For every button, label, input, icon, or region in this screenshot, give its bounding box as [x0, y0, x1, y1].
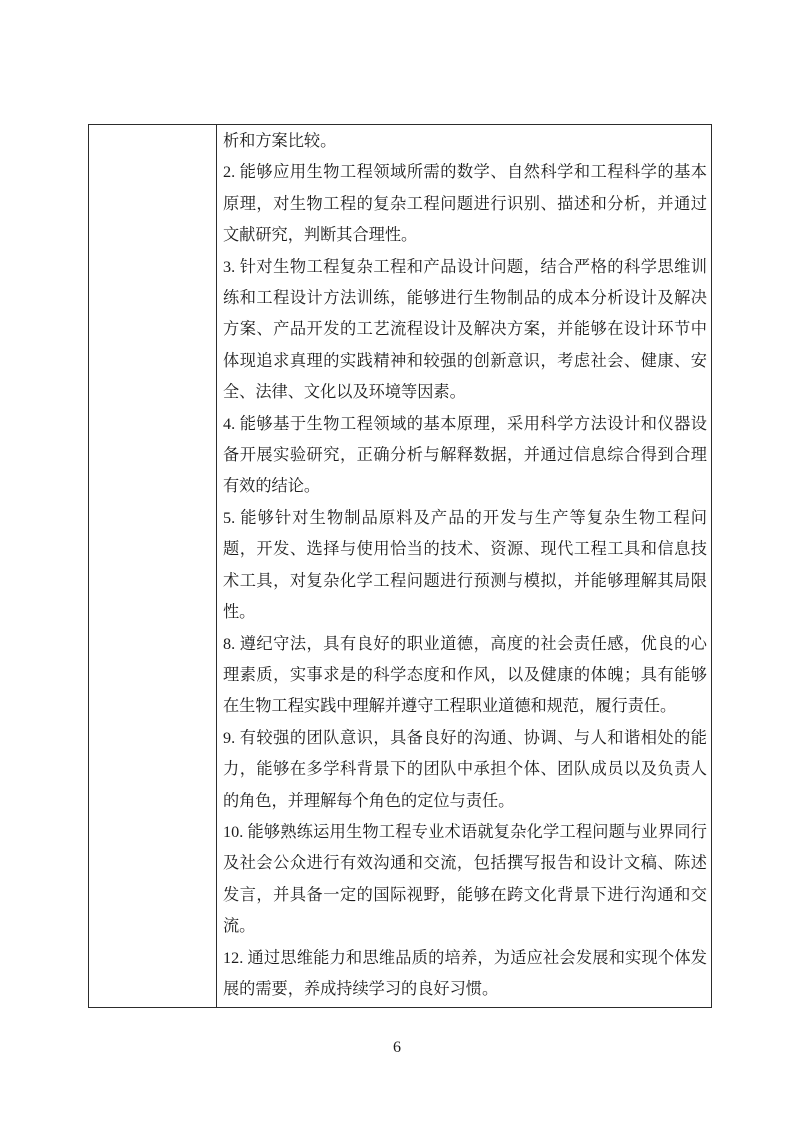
- table-paragraph: 3. 针对生物工程复杂工程和产品设计问题，结合严格的科学思维训练和工程设计方法训…: [223, 252, 707, 409]
- page-number: 6: [0, 1038, 794, 1058]
- table-paragraph: 4. 能够基于生物工程领域的基本原理，采用科学方法设计和仪器设备开展实验研究，正…: [223, 409, 707, 503]
- syllabus-table: 析和方案比较。 2. 能够应用生物工程领域所需的数学、自然科学和工程科学的基本原…: [88, 124, 712, 1008]
- table-paragraph: 8. 遵纪守法，具有良好的职业道德，高度的社会责任感，优良的心理素质，实事求是的…: [223, 629, 707, 723]
- table-cell-content: 析和方案比较。 2. 能够应用生物工程领域所需的数学、自然科学和工程科学的基本原…: [217, 125, 711, 1007]
- table-cell-label-empty: [89, 125, 217, 1007]
- table-paragraph: 5. 能够针对生物制品原料及产品的开发与生产等复杂生物工程问题，开发、选择与使用…: [223, 503, 707, 629]
- table-paragraph: 9. 有较强的团队意识，具备良好的沟通、协调、与人和谐相处的能力，能够在多学科背…: [223, 723, 707, 817]
- table-paragraph: 析和方案比较。: [223, 126, 707, 157]
- table-paragraph: 10. 能够熟练运用生物工程专业术语就复杂化学工程问题与业界同行及社会公众进行有…: [223, 817, 707, 943]
- table-paragraph: 12. 通过思维能力和思维品质的培养，为适应社会发展和实现个体发展的需要，养成持…: [223, 943, 707, 1006]
- document-page: 析和方案比较。 2. 能够应用生物工程领域所需的数学、自然科学和工程科学的基本原…: [0, 0, 794, 1123]
- section-heading: 四、课程教学内容与基本要求: [223, 1005, 707, 1007]
- table-paragraph: 2. 能够应用生物工程领域所需的数学、自然科学和工程科学的基本原理，对生物工程的…: [223, 157, 707, 251]
